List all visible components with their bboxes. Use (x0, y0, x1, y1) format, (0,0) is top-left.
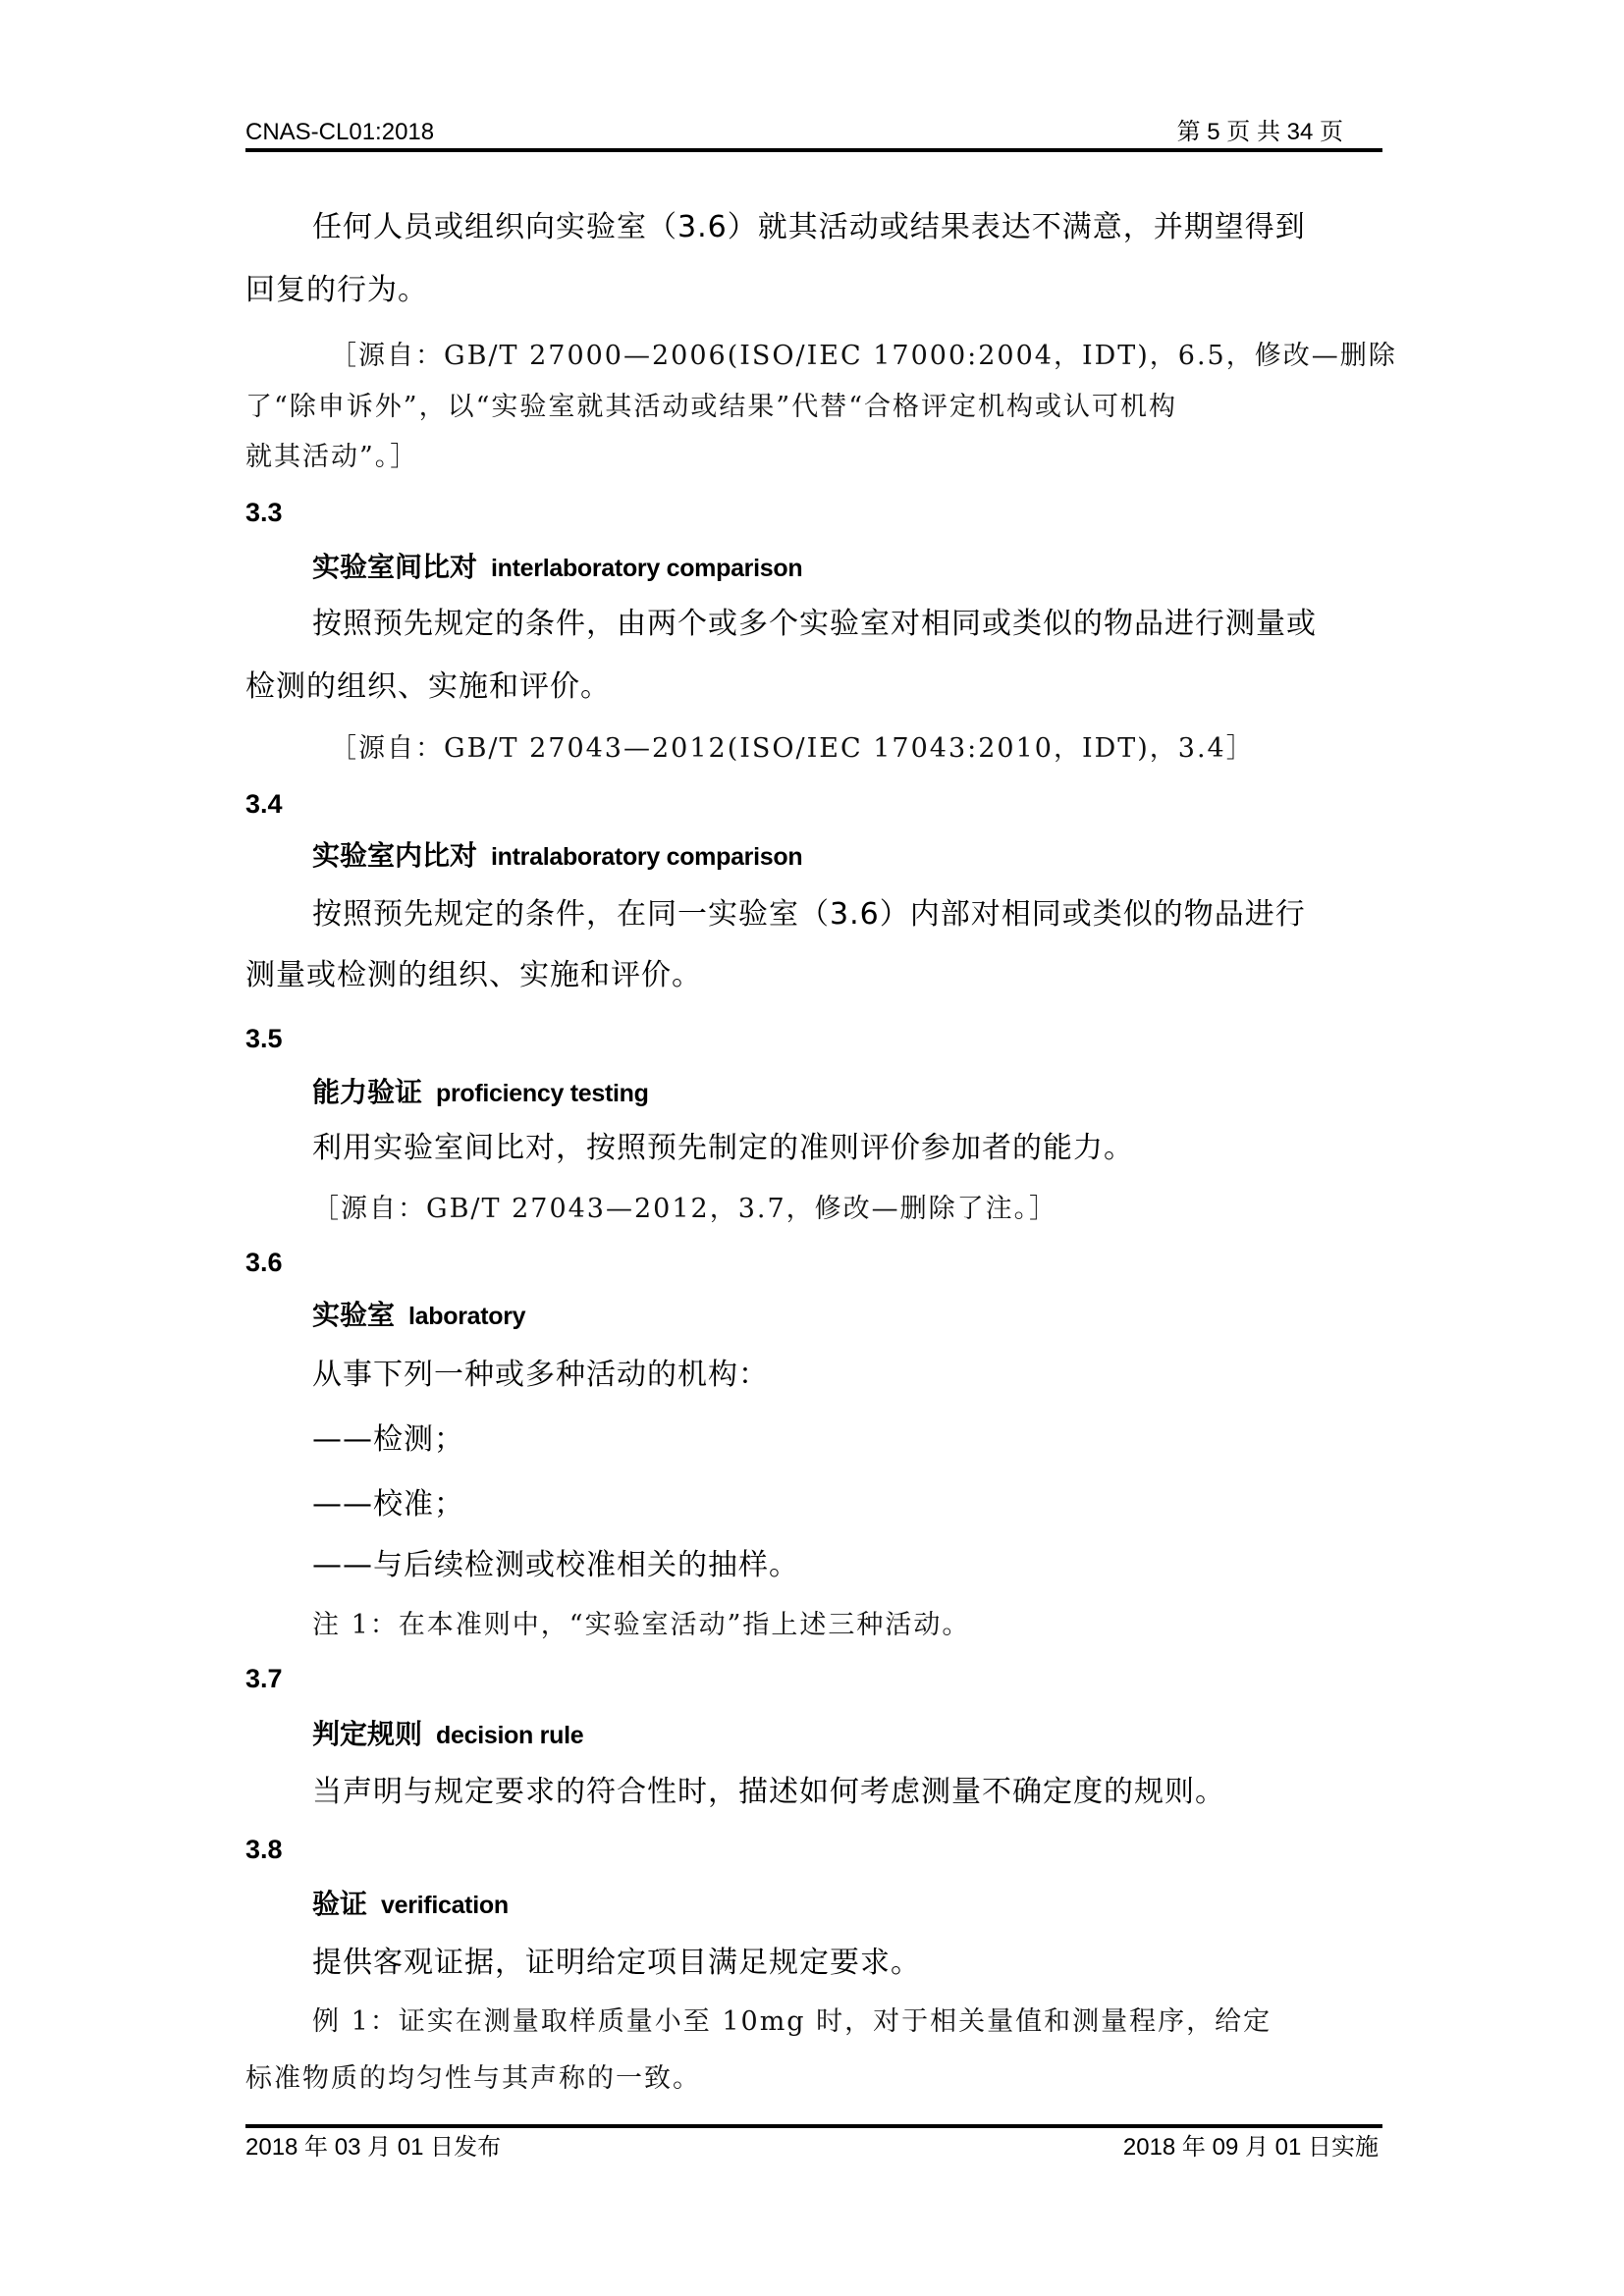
header-rule (245, 148, 1382, 152)
section-number-3-7: 3.7 (245, 1662, 283, 1695)
term-3-4: 实验室内比对intralaboratory comparison (312, 838, 802, 875)
intro-source-line-3: 就其活动”。］ (245, 438, 418, 477)
definition-3-8: 提供客观证据，证明给定项目满足规定要求。 (312, 1944, 921, 1983)
example-3-8-line-1: 例 1：证实在测量取样质量小至 10mg 时，对于相关量值和测量程序，给定 (312, 2002, 1272, 2042)
intro-line-1: 任何人员或组织向实验室（3.6）就其活动或结果表达不满意，并期望得到 (312, 208, 1306, 247)
definition-3-4-line-1: 按照预先规定的条件，在同一实验室（3.6）内部对相同或类似的物品进行 (312, 895, 1306, 934)
definition-3-4-line-2: 测量或检测的组织、实施和评价。 (245, 956, 702, 995)
term-3-7: 判定规则decision rule (312, 1717, 583, 1753)
term-3-5: 能力验证proficiency testing (312, 1075, 649, 1111)
term-zh: 能力验证 (312, 1076, 422, 1108)
definition-3-3-line-2: 检测的组织、实施和评价。 (245, 667, 611, 707)
term-en: decision rule (436, 1722, 583, 1749)
list-item: ——与后续检测或校准相关的抽样。 (312, 1546, 799, 1585)
intro-source-line-1: ［源自：GB/T 27000—2006(ISO/IEC 17000:2004，I… (330, 337, 1397, 376)
term-3-6: 实验室laboratory (312, 1298, 525, 1334)
header-doc-code: CNAS-CL01:2018 (245, 118, 434, 147)
section-number-3-4: 3.4 (245, 787, 283, 821)
document-page: CNAS-CL01:2018 第 5 页 共 34 页 任何人员或组织向实验室（… (0, 0, 1624, 2296)
term-en: interlaboratory comparison (491, 555, 802, 582)
list-item: ——检测； (312, 1420, 464, 1460)
source-3-3: ［源自：GB/T 27043—2012(ISO/IEC 17043:2010，I… (330, 729, 1255, 769)
list-item: ——校准； (312, 1485, 464, 1524)
intro-line-2: 回复的行为。 (245, 271, 428, 310)
term-en: proficiency testing (436, 1080, 649, 1107)
example-3-8-line-2: 标准物质的均匀性与其声称的一致。 (245, 2059, 701, 2099)
term-en: verification (381, 1892, 509, 1919)
section-number-3-8: 3.8 (245, 1833, 283, 1866)
section-number-3-3: 3.3 (245, 496, 283, 529)
section-number-3-6: 3.6 (245, 1246, 283, 1279)
source-3-5: ［源自：GB/T 27043—2012，3.7，修改—删除了注。］ (312, 1190, 1057, 1229)
definition-3-3-line-1: 按照预先规定的条件，由两个或多个实验室对相同或类似的物品进行测量或 (312, 605, 1317, 644)
footer-effective-date: 2018 年 09 月 01 日实施 (1031, 2133, 1379, 2163)
footer-issued-date: 2018 年 03 月 01 日发布 (245, 2133, 501, 2163)
definition-3-5: 利用实验室间比对，按照预先制定的准则评价参加者的能力。 (312, 1129, 1134, 1168)
term-zh: 实验室 (312, 1299, 395, 1331)
header-page-info: 第 5 页 共 34 页 (1080, 118, 1343, 147)
term-en: intralaboratory comparison (491, 843, 802, 871)
definition-3-7: 当声明与规定要求的符合性时，描述如何考虑测量不确定度的规则。 (312, 1773, 1225, 1812)
intro-source-line-2: 了“除申诉外”，以“实验室就其活动或结果”代替“合格评定机构或认可机构 (245, 388, 1177, 427)
term-zh: 验证 (312, 1888, 367, 1920)
definition-3-6: 从事下列一种或多种活动的机构： (312, 1356, 769, 1395)
footer-rule (245, 2124, 1382, 2128)
term-zh: 判定规则 (312, 1718, 422, 1750)
section-number-3-5: 3.5 (245, 1022, 283, 1055)
term-3-8: 验证verification (312, 1887, 509, 1923)
term-3-3: 实验室间比对interlaboratory comparison (312, 550, 802, 586)
note-3-6: 注 1：在本准则中，“实验室活动”指上述三种活动。 (312, 1606, 970, 1645)
term-zh: 实验室内比对 (312, 839, 477, 872)
term-en: laboratory (408, 1303, 525, 1330)
term-zh: 实验室间比对 (312, 551, 477, 583)
